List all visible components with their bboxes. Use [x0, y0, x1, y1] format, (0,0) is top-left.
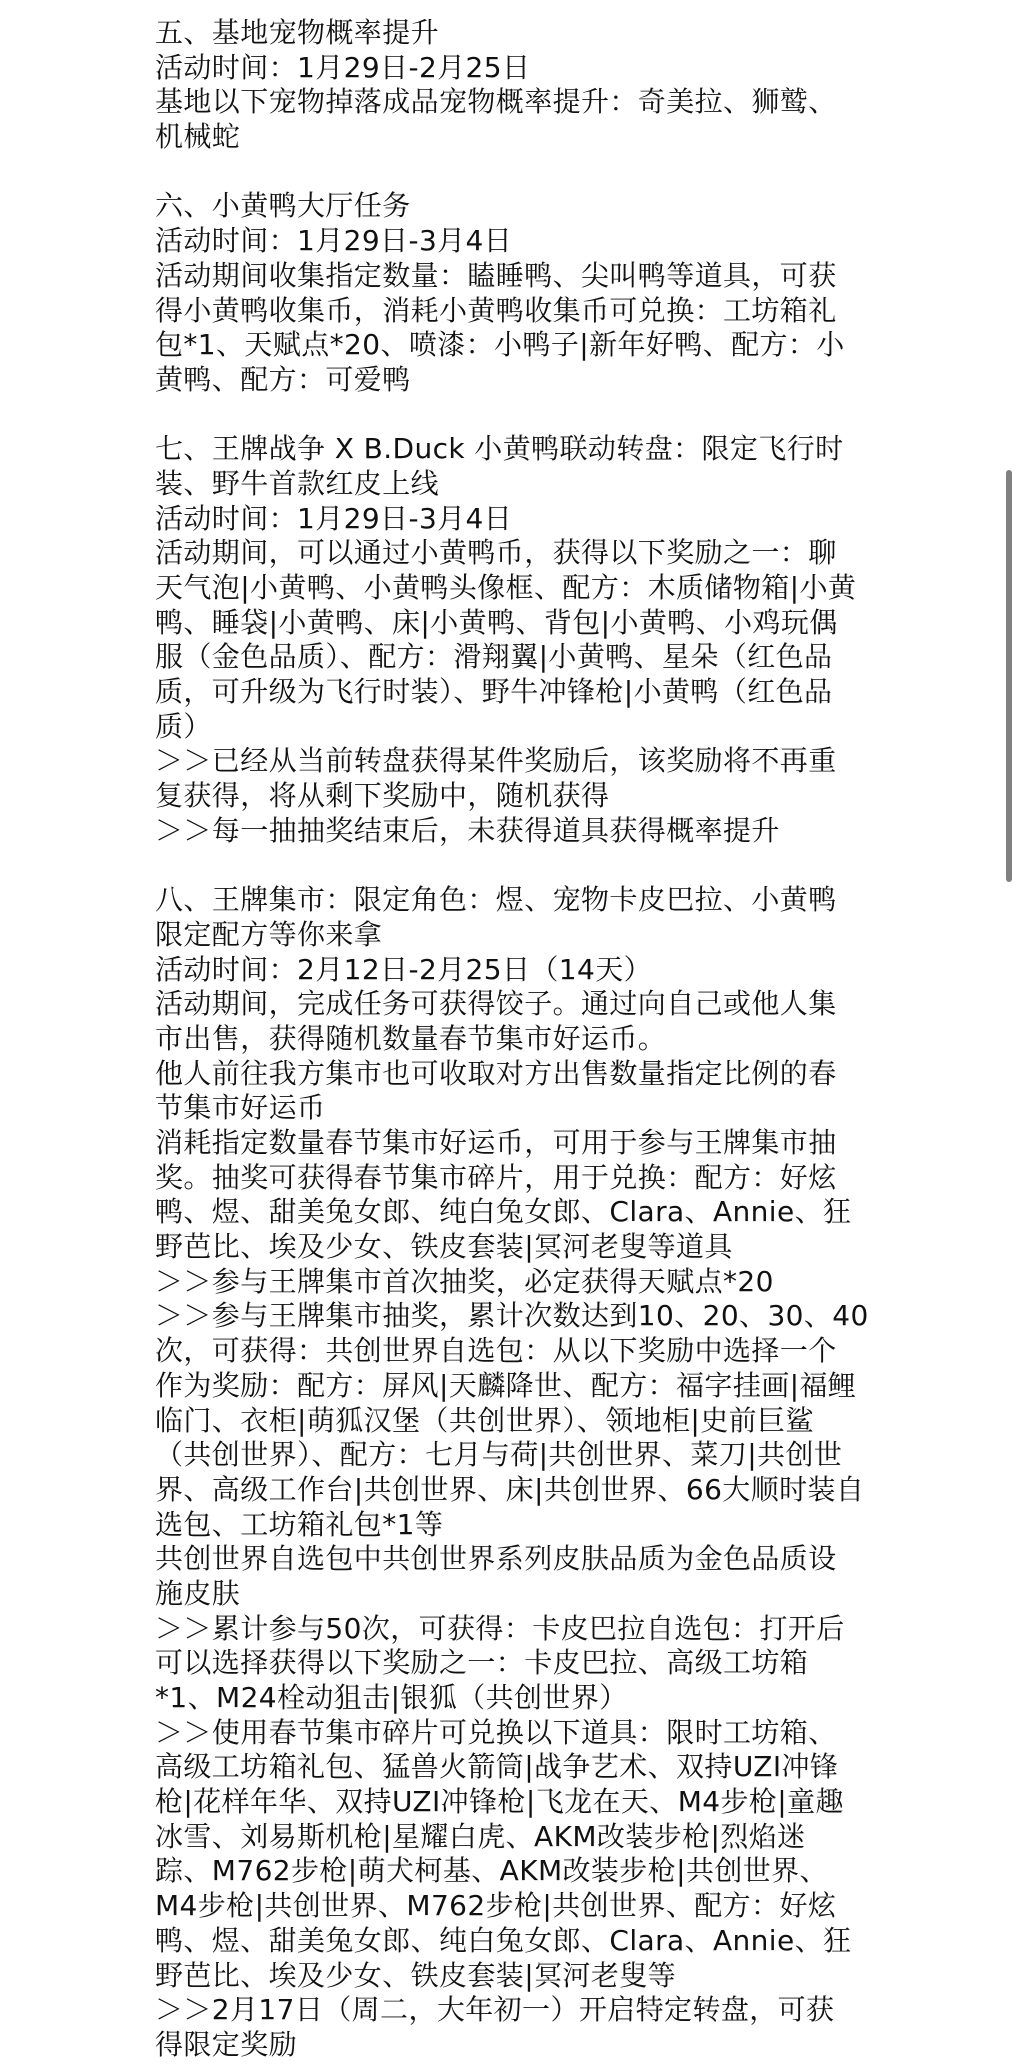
section-title: 限定配方等你来拿 [155, 918, 875, 953]
body-line: ＞＞每一抽抽奖结束后，未获得道具获得概率提升 [155, 814, 875, 849]
body-line: ＞＞累计参与50次，可获得：卡皮巴拉自选包：打开后 [155, 1612, 875, 1647]
body-line: ＞＞参与王牌集市首次抽奖，必定获得天赋点*20 [155, 1265, 875, 1300]
body-line: 奖。抽奖可获得春节集市碎片，用于兑换：配方：好炫 [155, 1161, 875, 1196]
vertical-scrollbar[interactable] [1006, 470, 1012, 882]
body-line: 次，可获得：共创世界自选包：从以下奖励中选择一个 [155, 1334, 875, 1369]
body-line: 共创世界自选包中共创世界系列皮肤品质为金色品质设 [155, 1542, 875, 1577]
body-line: 他人前往我方集市也可收取对方出售数量指定比例的春 [155, 1057, 875, 1092]
event-time: 活动时间：2月12日-2月25日（14天） [155, 953, 875, 988]
section-title: 六、小黄鸭大厅任务 [155, 189, 875, 224]
section-pet-drop-rate: 五、基地宠物概率提升 活动时间：1月29日-2月25日 基地以下宠物掉落成品宠物… [155, 16, 875, 155]
body-line: 可以选择获得以下奖励之一：卡皮巴拉、高级工坊箱 [155, 1646, 875, 1681]
section-title: 八、王牌集市：限定角色：煜、宠物卡皮巴拉、小黄鸭 [155, 883, 875, 918]
body-line: 鸭、煜、甜美兔女郎、纯白兔女郎、Clara、Annie、狂 [155, 1924, 875, 1959]
body-line: 机械蛇 [155, 120, 875, 155]
body-line: 野芭比、埃及少女、铁皮套装|冥河老叟等道具 [155, 1230, 875, 1265]
event-time: 活动时间：1月29日-3月4日 [155, 502, 875, 537]
body-line: 野芭比、埃及少女、铁皮套装|冥河老叟等 [155, 1959, 875, 1994]
body-line: 枪|花样年华、双持UZI冲锋枪|飞龙在天、M4步枪|童趣 [155, 1785, 875, 1820]
body-line: 作为奖励：配方：屏风|天麟降世、配方：福字挂画|福鲤 [155, 1369, 875, 1404]
body-line: 质，可升级为飞行时装）、野牛冲锋枪|小黄鸭（红色品 [155, 675, 875, 710]
body-line: 黄鸭、配方：可爱鸭 [155, 363, 875, 398]
body-line: 基地以下宠物掉落成品宠物概率提升：奇美拉、狮鹫、 [155, 85, 875, 120]
section-duck-lobby-tasks: 六、小黄鸭大厅任务 活动时间：1月29日-3月4日 活动期间收集指定数量：瞌睡鸭… [155, 189, 875, 397]
section-bduck-collab-wheel: 七、王牌战争 X B.Duck 小黄鸭联动转盘：限定飞行时 装、野牛首款红皮上线… [155, 432, 875, 848]
body-line: 活动期间，可以通过小黄鸭币，获得以下奖励之一：聊 [155, 536, 875, 571]
section-title: 七、王牌战争 X B.Duck 小黄鸭联动转盘：限定飞行时 [155, 432, 875, 467]
body-line: （共创世界）、配方：七月与荷|共创世界、菜刀|共创世 [155, 1438, 875, 1473]
body-line: *1、M24栓动狙击|银狐（共创世界） [155, 1681, 875, 1716]
body-line: ＞＞使用春节集市碎片可兑换以下道具：限时工坊箱、 [155, 1716, 875, 1751]
body-line: 选包、工坊箱礼包*1等 [155, 1508, 875, 1543]
body-line: 得限定奖励 [155, 2028, 875, 2063]
body-line: M4步枪|共创世界、M762步枪|共创世界、配方：好炫 [155, 1889, 875, 1924]
body-line: 包*1、天赋点*20、喷漆：小鸭子|新年好鸭、配方：小 [155, 328, 875, 363]
body-line: 天气泡|小黄鸭、小黄鸭头像框、配方：木质储物箱|小黄 [155, 571, 875, 606]
body-line: 消耗指定数量春节集市好运币，可用于参与王牌集市抽 [155, 1126, 875, 1161]
body-line: 得小黄鸭收集币，消耗小黄鸭收集币可兑换：工坊箱礼 [155, 294, 875, 329]
document-body: 五、基地宠物概率提升 活动时间：1月29日-2月25日 基地以下宠物掉落成品宠物… [155, 16, 875, 2063]
body-line: 踪、M762步枪|萌犬柯基、AKM改装步枪|共创世界、 [155, 1854, 875, 1889]
body-line: 节集市好运币 [155, 1091, 875, 1126]
body-line: 市出售，获得随机数量春节集市好运币。 [155, 1022, 875, 1057]
body-line: 复获得，将从剩下奖励中，随机获得 [155, 779, 875, 814]
body-line: 冰雪、刘易斯机枪|星耀白虎、AKM改装步枪|烈焰迷 [155, 1820, 875, 1855]
body-line: 鸭、睡袋|小黄鸭、床|小黄鸭、背包|小黄鸭、小鸡玩偶 [155, 606, 875, 641]
body-line: ＞＞已经从当前转盘获得某件奖励后，该奖励将不再重 [155, 744, 875, 779]
body-line: ＞＞参与王牌集市抽奖，累计次数达到10、20、30、40 [155, 1299, 875, 1334]
body-line: ＞＞2月17日（周二，大年初一）开启特定转盘，可获 [155, 1993, 875, 2028]
body-line: 高级工坊箱礼包、猛兽火箭筒|战争艺术、双持UZI冲锋 [155, 1750, 875, 1785]
body-line: 鸭、煜、甜美兔女郎、纯白兔女郎、Clara、Annie、狂 [155, 1195, 875, 1230]
section-title: 五、基地宠物概率提升 [155, 16, 875, 51]
body-line: 临门、衣柜|萌狐汉堡（共创世界）、领地柜|史前巨鲨 [155, 1404, 875, 1439]
section-title: 装、野牛首款红皮上线 [155, 467, 875, 502]
body-line: 施皮肤 [155, 1577, 875, 1612]
body-line: 界、高级工作台|共创世界、床|共创世界、66大顺时装自 [155, 1473, 875, 1508]
section-ace-market: 八、王牌集市：限定角色：煜、宠物卡皮巴拉、小黄鸭 限定配方等你来拿 活动时间：2… [155, 883, 875, 2062]
event-time: 活动时间：1月29日-3月4日 [155, 224, 875, 259]
body-line: 服（金色品质）、配方：滑翔翼|小黄鸭、星朵（红色品 [155, 640, 875, 675]
event-time: 活动时间：1月29日-2月25日 [155, 51, 875, 86]
body-line: 活动期间，完成任务可获得饺子。通过向自己或他人集 [155, 987, 875, 1022]
body-line: 质） [155, 710, 875, 745]
body-line: 活动期间收集指定数量：瞌睡鸭、尖叫鸭等道具，可获 [155, 259, 875, 294]
